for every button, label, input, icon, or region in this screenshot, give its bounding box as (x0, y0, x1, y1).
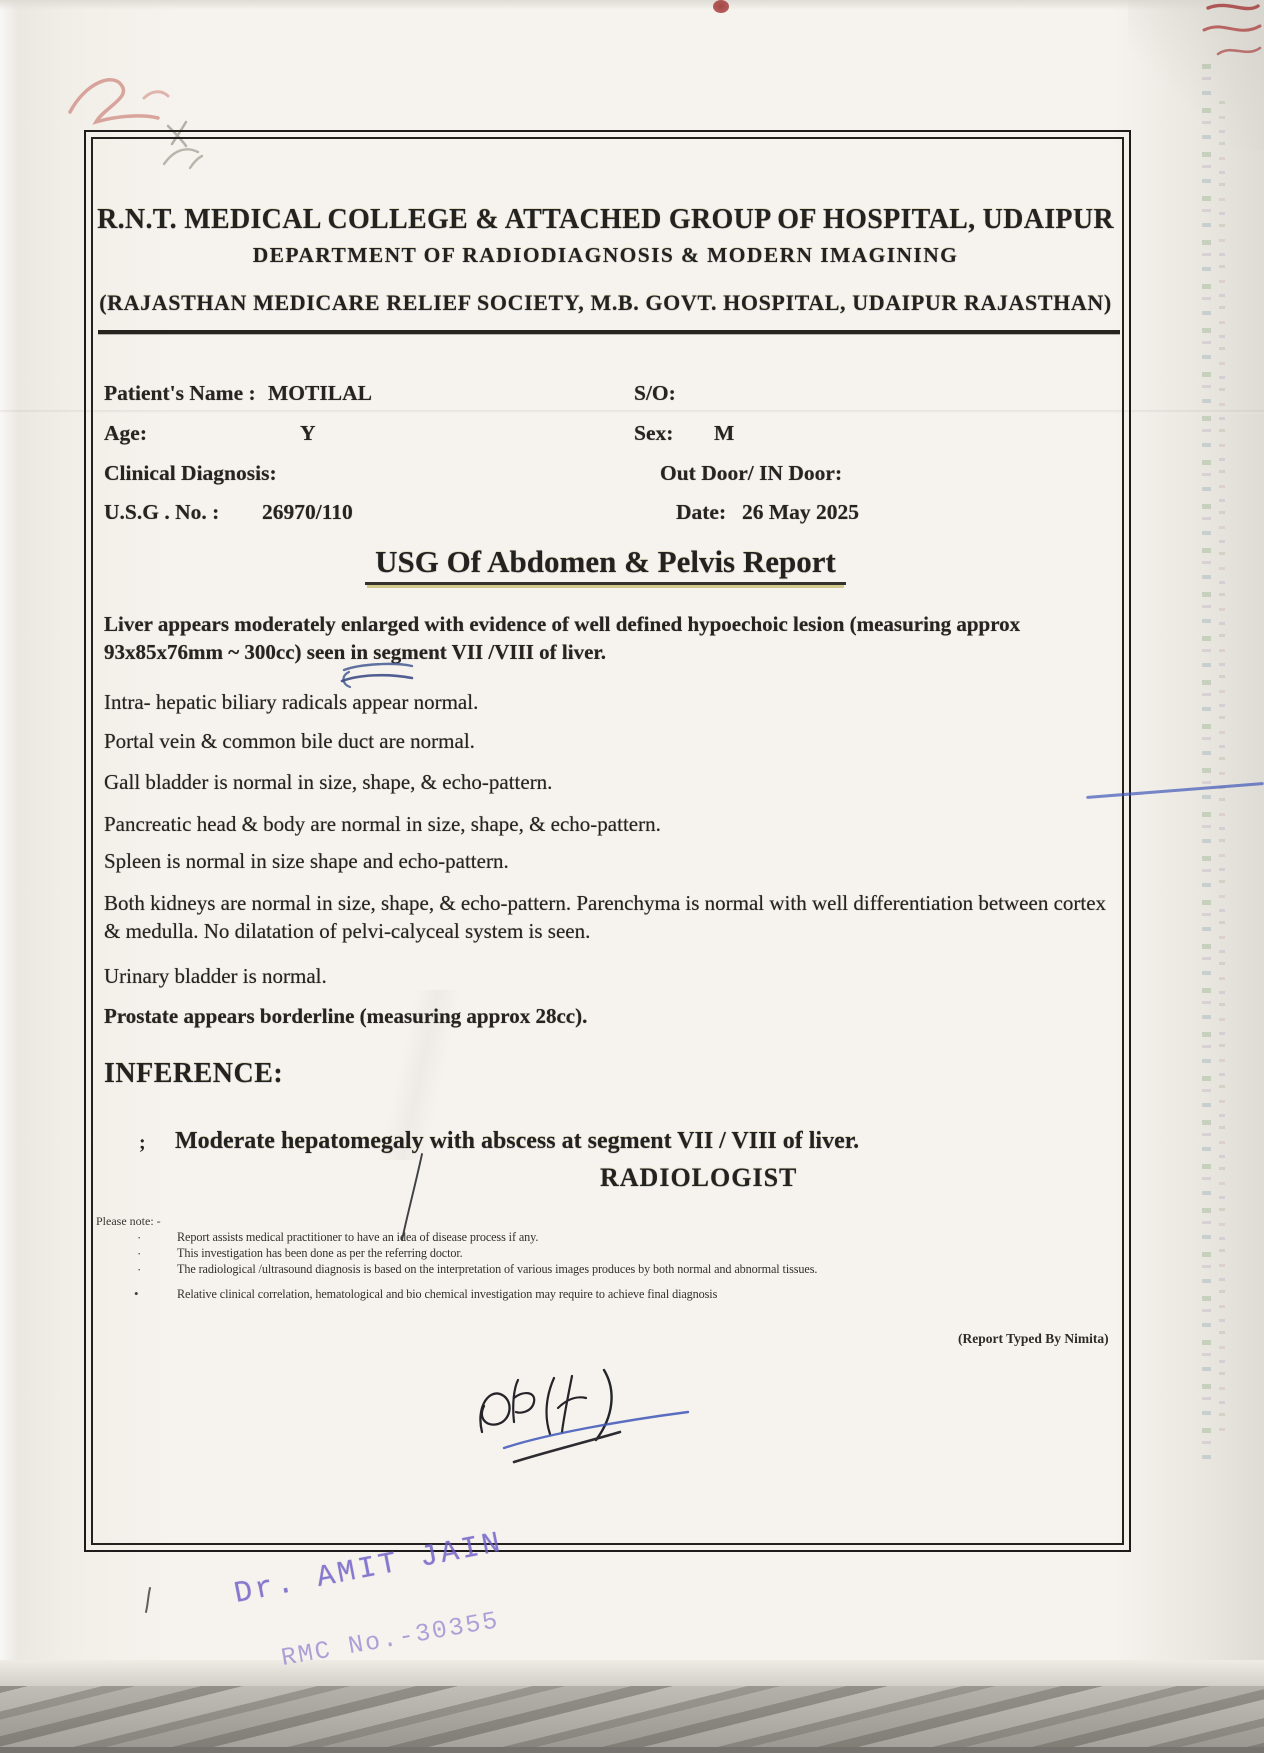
finding-paragraph-biliary: Intra- hepatic biliary radicals appear n… (104, 688, 1116, 716)
note-bullet: · (137, 1246, 141, 1262)
report-title: USG Of Abdomen & Pelvis Report (84, 544, 1127, 580)
finding-paragraph-kidneys: Both kidneys are normal in size, shape, … (104, 889, 1116, 945)
usg-number-label: U.S.G . No. : (104, 500, 219, 525)
inference-bullet: ; (139, 1132, 146, 1155)
hospital-name-heading: R.N.T. MEDICAL COLLEGE & ATTACHED GROUP … (84, 204, 1127, 236)
red-scribble-mark (1198, 0, 1264, 72)
scanned-usg-report-page: R.N.T. MEDICAL COLLEGE & ATTACHED GROUP … (0, 0, 1264, 1753)
scanner-noise-strip (1202, 64, 1211, 1460)
red-ink-dot (713, 0, 729, 13)
age-label: Age: (104, 421, 147, 446)
finding-paragraph-portal-vein: Portal vein & common bile duct are norma… (104, 727, 1116, 755)
inference-text: Moderate hepatomegaly with abscess at se… (175, 1128, 859, 1155)
scanner-noise-strip (1219, 92, 1225, 1432)
inference-heading: INFERENCE: (104, 1058, 283, 1090)
finding-paragraph-gall-bladder: Gall bladder is normal in size, shape, &… (104, 768, 1116, 796)
patient-name-value: MOTILAL (268, 381, 372, 406)
header-divider-rule (98, 330, 1120, 334)
scan-top-shadow (0, 0, 1264, 10)
note-item: This investigation has been done as per … (177, 1246, 463, 1261)
signature-mark (396, 1368, 696, 1472)
society-heading: (RAJASTHAN MEDICARE RELIEF SOCIETY, M.B.… (84, 290, 1127, 316)
scan-bottom-streaks (0, 1686, 1264, 1753)
usg-number-value: 26970/110 (262, 500, 353, 525)
sex-value: M (714, 421, 734, 446)
date-value: 26 May 2025 (742, 500, 859, 525)
finding-paragraph-prostate: Prostate appears borderline (measuring a… (104, 1002, 1116, 1030)
note-bullet: · (137, 1230, 141, 1246)
scan-bottom-shade (0, 1660, 1264, 1686)
finding-paragraph-liver: Liver appears moderately enlarged with e… (104, 610, 1116, 666)
radiologist-label: RADIOLOGIST (600, 1163, 797, 1193)
note-item: Relative clinical correlation, hematolog… (177, 1287, 717, 1302)
finding-paragraph-pancreas: Pancreatic head & body are normal in siz… (104, 810, 1116, 838)
left-margin-tick (142, 1586, 156, 1614)
department-heading: DEPARTMENT OF RADIODIAGNOSIS & MODERN IM… (84, 243, 1127, 268)
note-item: The radiological /ultrasound diagnosis i… (177, 1262, 817, 1277)
typed-by-note: (Report Typed By Nimita) (958, 1331, 1109, 1347)
patient-name-label: Patient's Name : (104, 381, 256, 406)
scan-bottom-edge (0, 1747, 1264, 1753)
age-value: Y (300, 421, 316, 446)
outdoor-indoor-label: Out Door/ IN Door: (660, 461, 842, 486)
finding-paragraph-urinary-bladder: Urinary bladder is normal. (104, 962, 1116, 990)
note-bullet: • (134, 1286, 139, 1302)
clinical-diagnosis-label: Clinical Diagnosis: (104, 461, 277, 486)
notes-label: Please note: - (96, 1214, 161, 1229)
report-title-underline: USG Of Abdomen & Pelvis Report (365, 544, 846, 585)
finding-paragraph-spleen: Spleen is normal in size shape and echo-… (104, 847, 1116, 875)
son-of-label: S/O: (634, 381, 676, 406)
sex-label: Sex: (634, 421, 673, 446)
note-item: Report assists medical practitioner to h… (177, 1230, 538, 1245)
date-label: Date: (676, 500, 726, 525)
note-bullet: · (137, 1262, 141, 1278)
